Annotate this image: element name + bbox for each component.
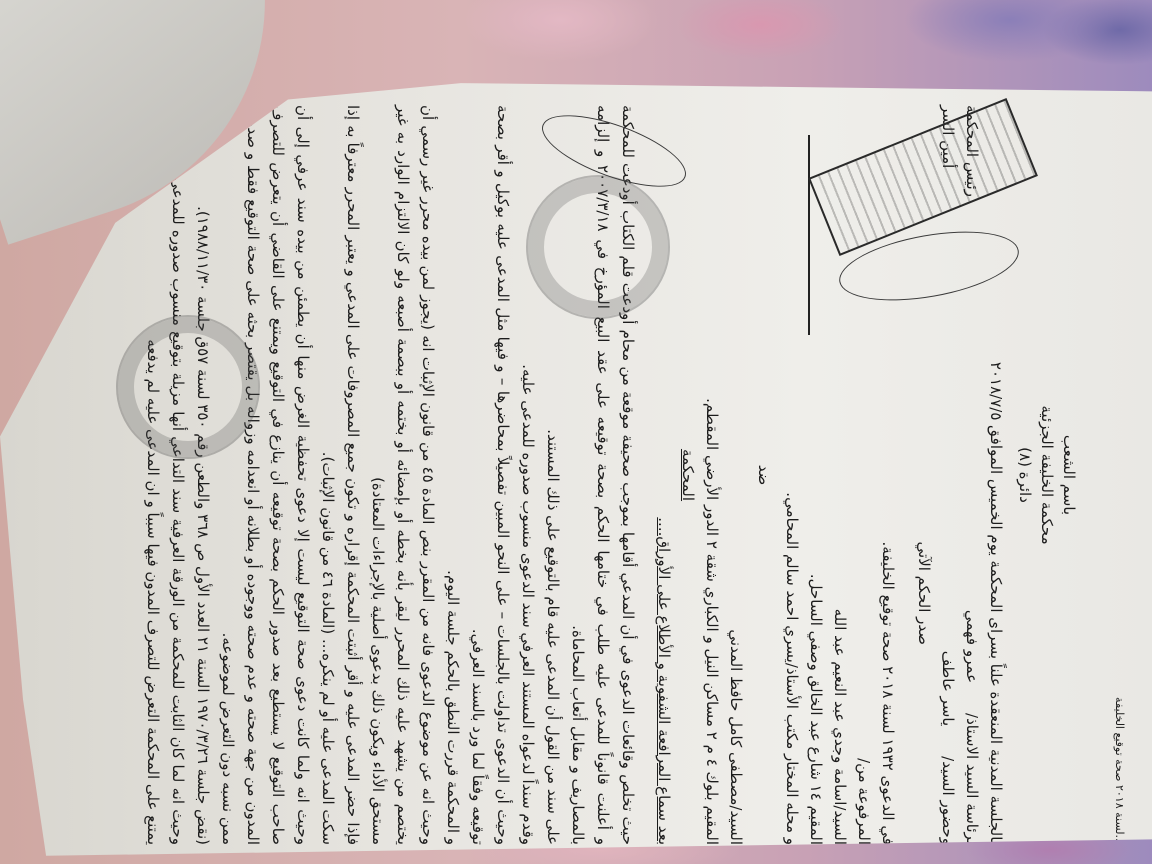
paragraph: وحيث أن الدعوى تداولت بالجلسات – على الن… [465,105,515,845]
presided-name: عمرو فهمي [960,610,984,683]
presided-label: برئاسة السيد الاستاذ/ [960,713,984,845]
plaintiff-lawyer: و محله المختار مكتب الأستاذ/يسري احمد سا… [780,105,804,845]
court-heading: المحكمة [676,105,700,845]
attendance-name: ياسر عاطف [936,651,960,726]
attendance-label: وحضور السيد/ [936,756,960,845]
header-line-people: باسم الشعب [1058,95,1080,855]
against-label: ضد [752,105,776,845]
court-header: باسم الشعب محكمة الخليفة الجزئية دائرة (… [1014,95,1080,855]
round-seal-secondary [116,315,260,459]
round-seal [526,175,670,319]
paragraph: وحيث انه لما كان الثابت للمحكمة من الورق… [140,105,190,845]
header-line-court: محكمة الخليفة الجزئية [1036,95,1058,855]
paragraph: (نقض جلسة ١٩٧٠/٣/٢٦ السنة ٢١ العدد الأول… [190,105,215,845]
attendance-row: وحضور السيد/ ياسر عاطف أمين السر [936,105,960,845]
defendant: السيد/مصطفى كامل حافظ المدني [724,105,748,845]
divider-line [808,135,810,335]
presided-row: برئاسة السيد الاستاذ/ عمرو فهمي رئيس الم… [960,105,984,845]
paragraph: و المحكمة قررت النطق بالحكم جلسة اليوم. [440,105,465,845]
session-line: بالجلسة المدنية المنعقدة علناً بسراى الم… [984,105,1008,845]
defendant-address: المقيم بلوك ٤ م ٢ مساكن النيل و الكباري … [700,105,724,845]
header-line-circuit: دائرة (٨) [1014,95,1036,855]
running-header: ...لسنة ٢٠١٨ صحة توقيع الخليفة [1113,697,1126,845]
paragraph: وحيث انه عن موضوع الدعوى فانه من المقرر … [365,105,440,845]
paragraph: وحيث انه ولما كانت دعوى صحة التوقيع ليست… [215,105,315,845]
paragraph: فإذا حضر المدعى عليه و أقر أثبتت المحكمة… [315,105,365,845]
document-content: ...لسنة ٢٠١٨ صحة توقيع الخليفة باسم الشع… [40,95,1140,855]
